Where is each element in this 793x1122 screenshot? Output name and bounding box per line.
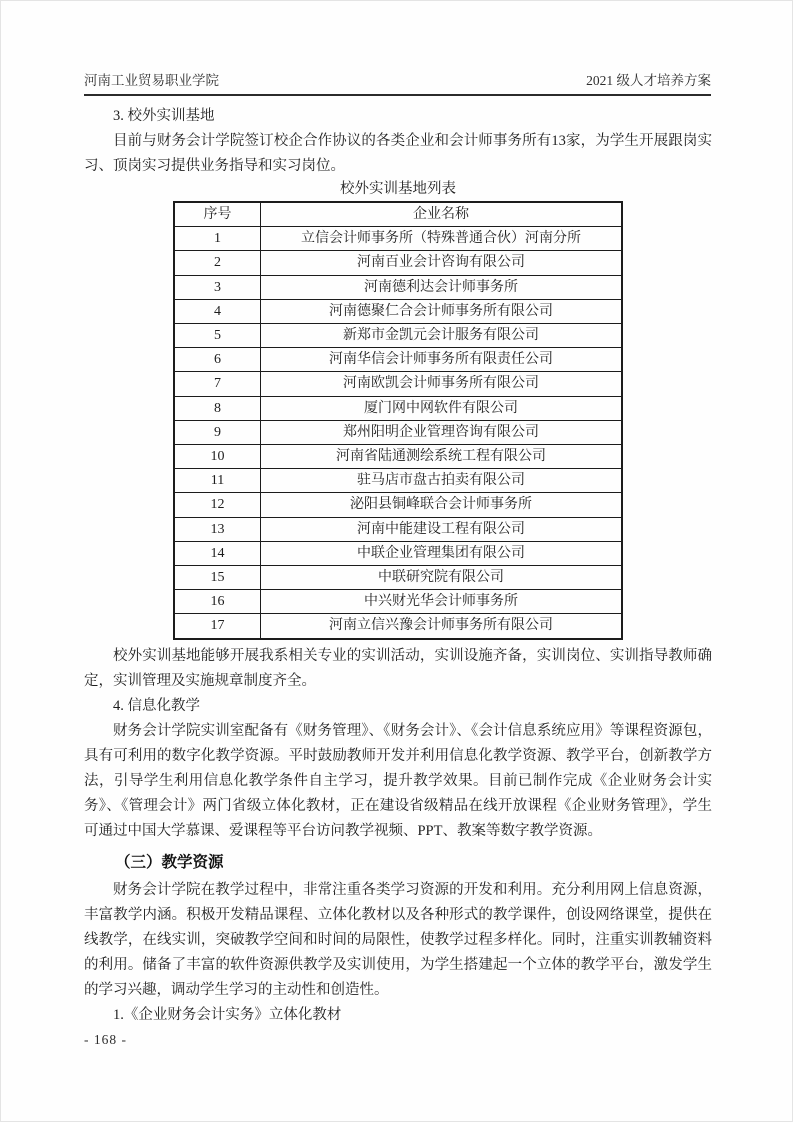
row-number: 11	[174, 469, 261, 493]
row-company-name: 河南立信兴豫会计师事务所有限公司	[261, 614, 623, 639]
column-header-no: 序号	[174, 202, 261, 227]
table-header: 序号 企业名称	[174, 202, 622, 227]
row-company-name: 中兴财光华会计师事务所	[261, 590, 623, 614]
page-content: 3. 校外实训基地 目前与财务会计学院签订校企合作协议的各类企业和会计师事务所有…	[84, 104, 712, 1028]
page-number: - 168 -	[84, 1032, 127, 1047]
row-company-name: 河南德利达会计师事务所	[261, 275, 623, 299]
row-number: 7	[174, 372, 261, 396]
row-number: 1	[174, 227, 261, 251]
table-row: 17河南立信兴豫会计师事务所有限公司	[174, 614, 622, 639]
row-company-name: 河南省陆通测绘系统工程有限公司	[261, 445, 623, 469]
row-company-name: 泌阳县铜峰联合会计师事务所	[261, 493, 623, 517]
section-3-heading: 3. 校外实训基地	[84, 104, 712, 129]
table-row: 6河南华信会计师事务所有限责任公司	[174, 348, 622, 372]
row-company-name: 郑州阳明企业管理咨询有限公司	[261, 420, 623, 444]
row-number: 8	[174, 396, 261, 420]
row-number: 10	[174, 445, 261, 469]
table-row: 1立信会计师事务所（特殊普通合伙）河南分所	[174, 227, 622, 251]
table-caption: 校外实训基地列表	[84, 179, 712, 199]
row-number: 14	[174, 541, 261, 565]
row-company-name: 河南中能建设工程有限公司	[261, 517, 623, 541]
table-row: 14中联企业管理集团有限公司	[174, 541, 622, 565]
section-4-heading: 4. 信息化教学	[84, 694, 712, 719]
table-row: 2河南百业会计咨询有限公司	[174, 251, 622, 275]
table-row: 3河南德利达会计师事务所	[174, 275, 622, 299]
row-company-name: 河南百业会计咨询有限公司	[261, 251, 623, 275]
section-3-paragraph: 目前与财务会计学院签订校企合作协议的各类企业和会计师事务所有13家，为学生开展跟…	[84, 129, 712, 179]
row-company-name: 中联企业管理集团有限公司	[261, 541, 623, 565]
page-footer: - 168 -	[84, 1032, 127, 1048]
row-company-name: 河南欧凯会计师事务所有限公司	[261, 372, 623, 396]
row-number: 13	[174, 517, 261, 541]
row-number: 5	[174, 324, 261, 348]
table-row: 8厦门网中网软件有限公司	[174, 396, 622, 420]
header-plan-title: 2021 级人才培养方案	[586, 69, 711, 89]
row-company-name: 厦门网中网软件有限公司	[261, 396, 623, 420]
table-row: 9郑州阳明企业管理咨询有限公司	[174, 420, 622, 444]
row-number: 6	[174, 348, 261, 372]
row-number: 9	[174, 420, 261, 444]
section-c-paragraph: 财务会计学院在教学过程中，非常注重各类学习资源的开发和利用。充分利用网上信息资源…	[84, 878, 712, 1003]
row-company-name: 新郑市金凯元会计服务有限公司	[261, 324, 623, 348]
table-row: 7河南欧凯会计师事务所有限公司	[174, 372, 622, 396]
page-header: 河南工业贸易职业学院 2021 级人才培养方案	[84, 69, 711, 96]
table-row: 11驻马店市盘古拍卖有限公司	[174, 469, 622, 493]
table-row: 5新郑市金凯元会计服务有限公司	[174, 324, 622, 348]
item-1-heading: 1.《企业财务会计实务》立体化教材	[84, 1003, 712, 1028]
row-number: 16	[174, 590, 261, 614]
row-number: 15	[174, 566, 261, 590]
section-4-paragraph: 财务会计学院实训室配备有《财务管理》、《财务会计》、《会计信息系统应用》等课程资…	[84, 719, 712, 844]
row-company-name: 河南德聚仁合会计师事务所有限公司	[261, 299, 623, 323]
row-number: 12	[174, 493, 261, 517]
row-company-name: 河南华信会计师事务所有限责任公司	[261, 348, 623, 372]
table-body: 1立信会计师事务所（特殊普通合伙）河南分所2河南百业会计咨询有限公司3河南德利达…	[174, 227, 622, 639]
document-page: 河南工业贸易职业学院 2021 级人才培养方案 3. 校外实训基地 目前与财务会…	[0, 0, 793, 1122]
table-row: 10河南省陆通测绘系统工程有限公司	[174, 445, 622, 469]
table-header-row: 序号 企业名称	[174, 202, 622, 227]
row-number: 3	[174, 275, 261, 299]
training-base-table: 序号 企业名称 1立信会计师事务所（特殊普通合伙）河南分所2河南百业会计咨询有限…	[173, 201, 623, 640]
row-company-name: 立信会计师事务所（特殊普通合伙）河南分所	[261, 227, 623, 251]
section-c-heading: （三）教学资源	[84, 850, 712, 875]
row-number: 4	[174, 299, 261, 323]
table-row: 4河南德聚仁合会计师事务所有限公司	[174, 299, 622, 323]
row-company-name: 驻马店市盘古拍卖有限公司	[261, 469, 623, 493]
column-header-company: 企业名称	[261, 202, 623, 227]
table-row: 12泌阳县铜峰联合会计师事务所	[174, 493, 622, 517]
row-company-name: 中联研究院有限公司	[261, 566, 623, 590]
post-table-paragraph: 校外实训基地能够开展我系相关专业的实训活动，实训设施齐备，实训岗位、实训指导教师…	[84, 644, 712, 694]
row-number: 2	[174, 251, 261, 275]
header-school-name: 河南工业贸易职业学院	[84, 69, 219, 89]
table-row: 13河南中能建设工程有限公司	[174, 517, 622, 541]
table-row: 15中联研究院有限公司	[174, 566, 622, 590]
table-row: 16中兴财光华会计师事务所	[174, 590, 622, 614]
row-number: 17	[174, 614, 261, 639]
